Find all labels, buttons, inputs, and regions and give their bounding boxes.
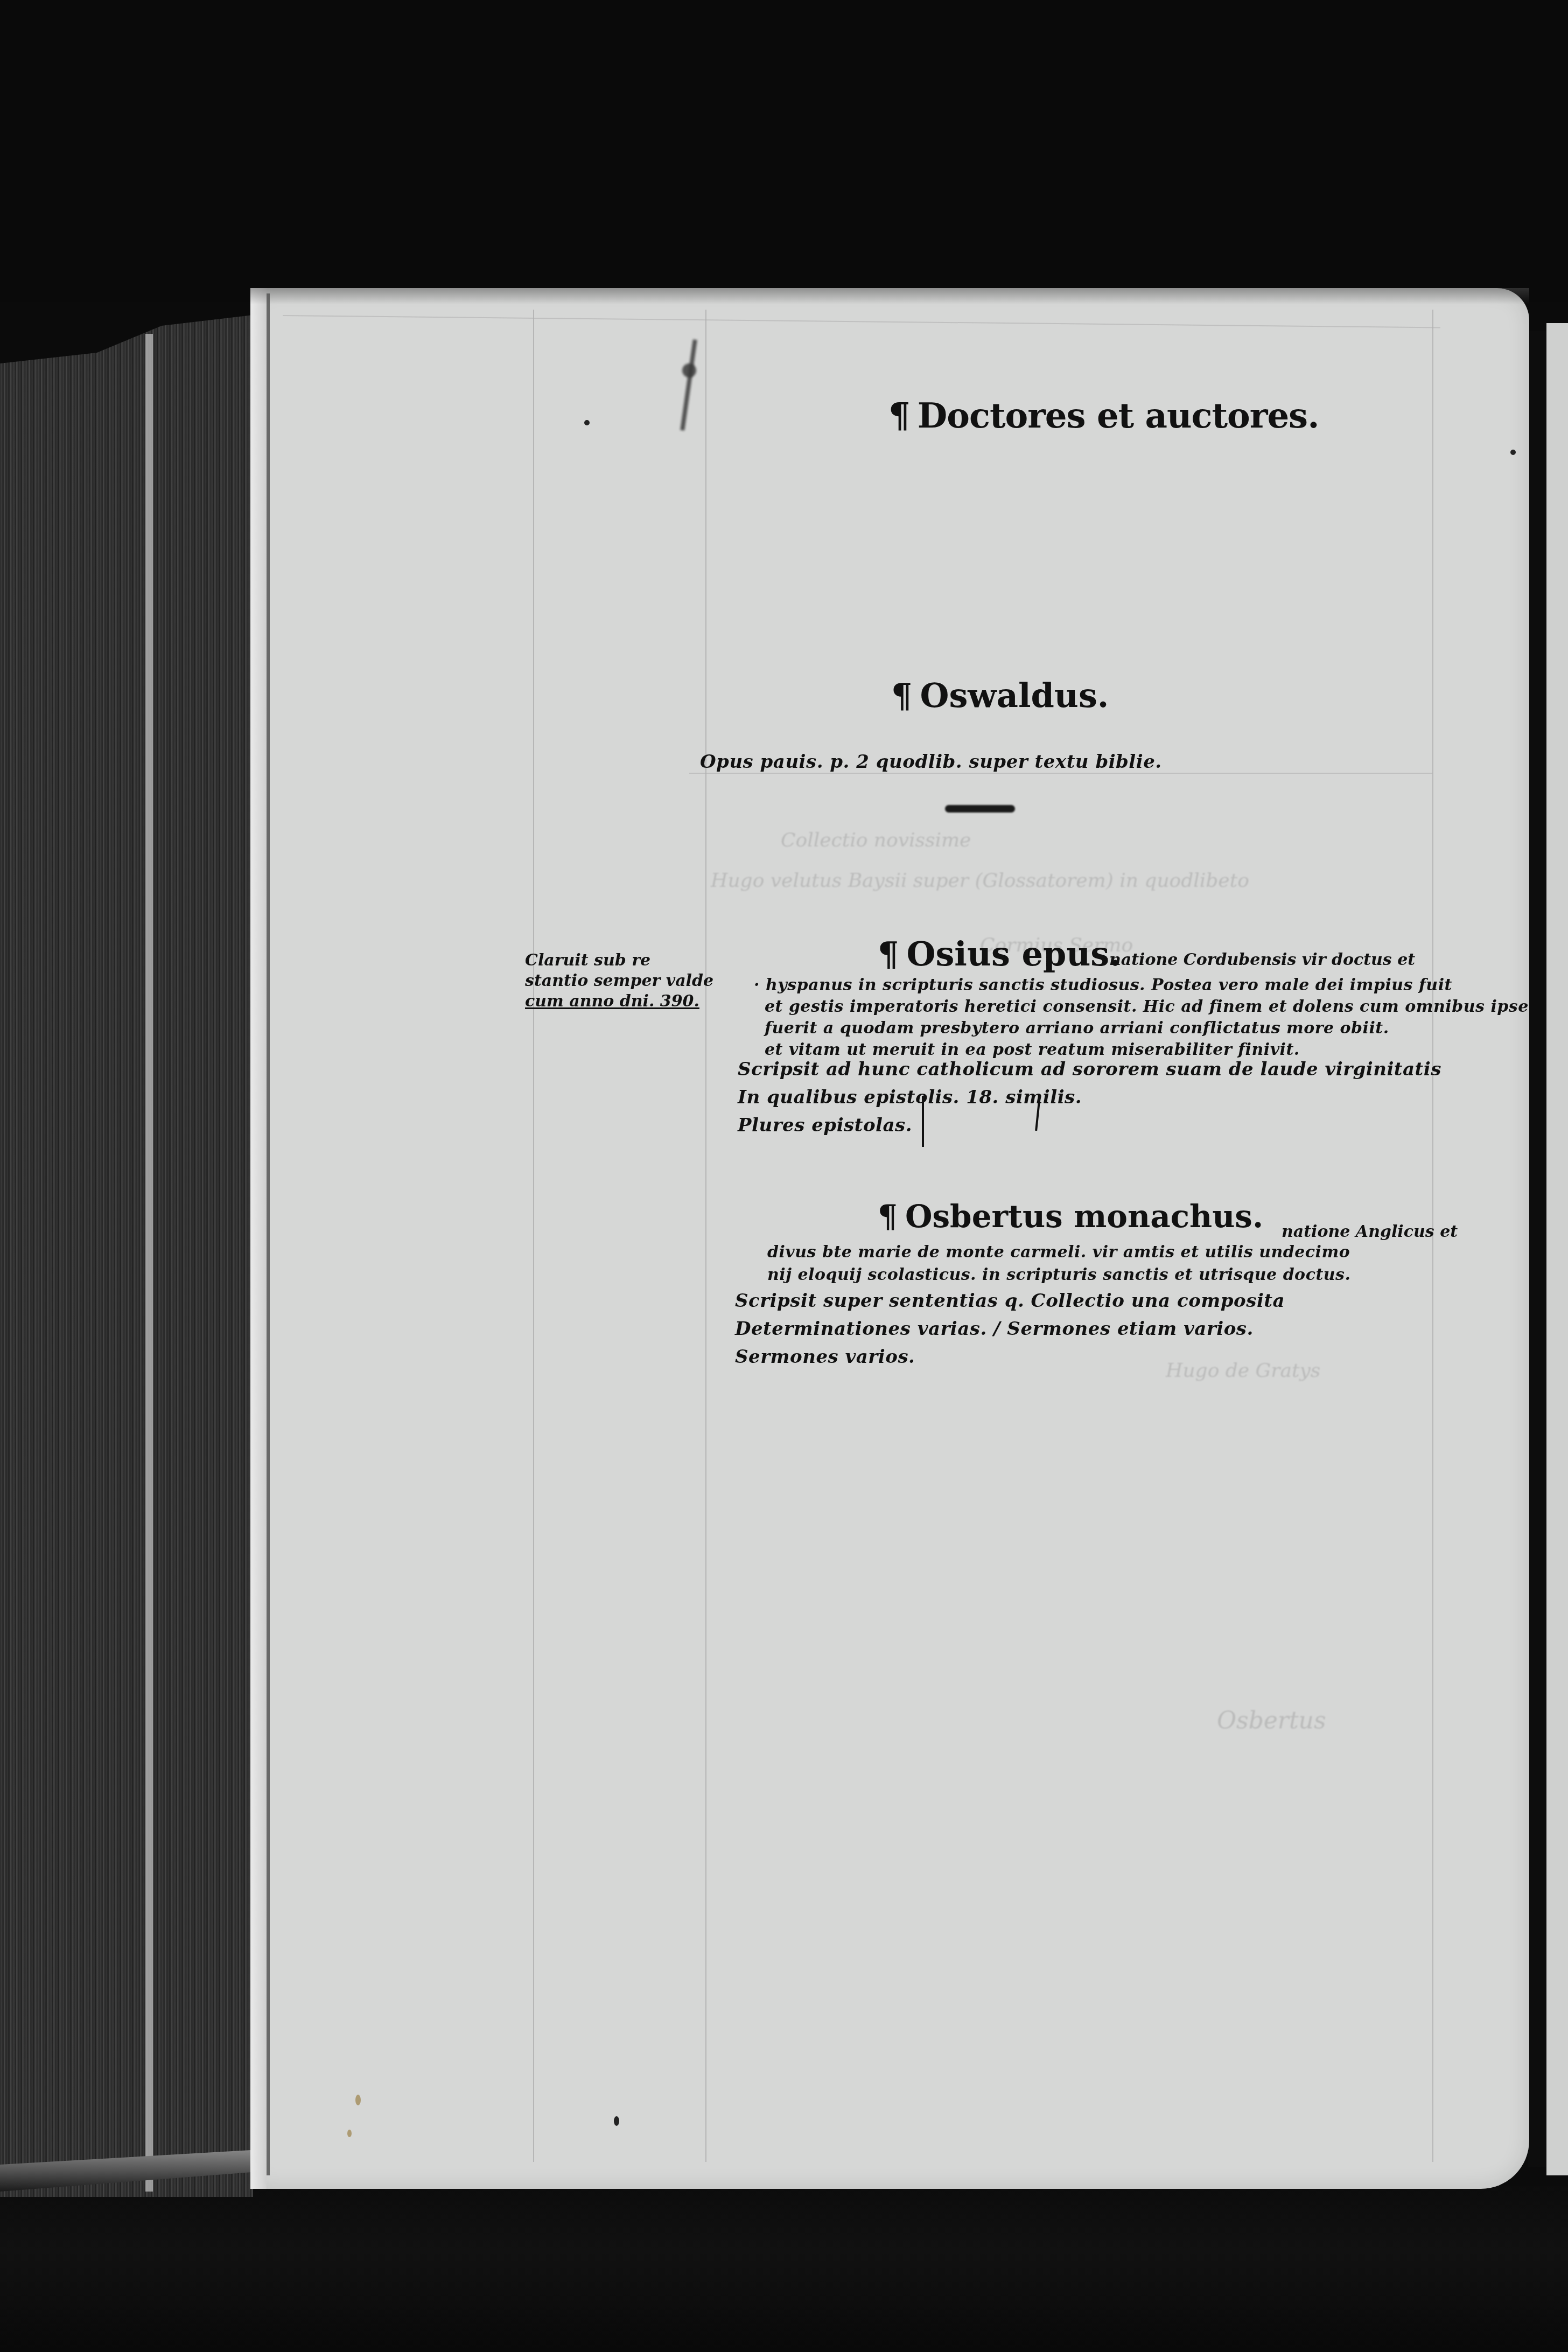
page-top-shadow — [250, 288, 1529, 304]
entry-works-list: Scripsit ad hunc catholicum ad sororem s… — [738, 1055, 1441, 1139]
dark-background-bottom — [0, 2186, 1568, 2352]
description-line: nij eloquij scolasticus. in scripturis s… — [767, 1264, 1350, 1286]
facing-page-sliver — [1546, 323, 1568, 2175]
ruling-line-vertical — [705, 310, 706, 2162]
page-gutter-shadow — [1528, 331, 1546, 2167]
ink-dash-mark — [945, 805, 1015, 813]
entry-work-line: Opus pauis. p. 2 quodlib. super textu bi… — [700, 751, 1162, 773]
work-line: Scripsit ad hunc catholicum ad sororem s… — [738, 1055, 1441, 1083]
ink-speck — [584, 420, 590, 425]
show-through-text: Osbertus — [1217, 1707, 1326, 1734]
entry-description: · hyspanus in scripturis sanctis studios… — [754, 975, 1529, 1061]
description-line: et gestis imperatoris heretici consensit… — [754, 996, 1529, 1018]
marginal-note-line: stantio semper valde — [525, 971, 713, 991]
paraph-mark: ¶ — [891, 676, 912, 715]
work-line: Scripsit super sententias q. Collectio u… — [735, 1287, 1285, 1315]
description-line: · hyspanus in scripturis sanctis studios… — [754, 975, 1529, 996]
ruling-line-horizontal — [283, 315, 1440, 328]
show-through-text: Collectio novissime — [781, 829, 971, 851]
ink-speck — [614, 2116, 619, 2126]
page-title: Doctores et auctores. — [918, 396, 1319, 436]
description-line: divus bte marie de monte carmeli. vir am… — [767, 1241, 1350, 1264]
marginal-note-line-dated: cum anno dni. 390. — [525, 991, 713, 1012]
page-inner-edge — [250, 288, 267, 2189]
entry-heading-oswaldus: ¶Oswaldus. — [891, 676, 1109, 715]
page-edge-line — [267, 293, 270, 2175]
show-through-text: Hugo velutus Baysii super (Glossatorem) … — [711, 870, 1249, 892]
page-header: ¶Doctores et auctores. — [888, 396, 1319, 436]
description-line: fuerit a quodam presbytero arriano arria… — [754, 1018, 1529, 1039]
bracket-mark — [922, 1096, 924, 1147]
paper-speck — [355, 2095, 361, 2105]
ink-crack-mark — [680, 339, 697, 430]
ink-speck — [1510, 450, 1516, 455]
entry-works-list: Scripsit super sententias q. Collectio u… — [735, 1287, 1285, 1371]
manuscript-photograph: Collectio novissime Hugo velutus Baysii … — [0, 0, 1568, 2352]
paraph-mark: ¶ — [878, 934, 899, 974]
ink-blot — [682, 363, 696, 377]
dark-background-top — [0, 0, 1568, 302]
work-line: In qualibus epistolis. 18. similis. — [738, 1083, 1441, 1111]
marginal-note-line: Claruit sub re — [525, 950, 713, 971]
entry-heading-osius: ¶Osius epus. — [878, 934, 1121, 974]
paper-speck — [347, 2130, 352, 2137]
entry-name: Osbertus monachus. — [905, 1198, 1263, 1235]
entry-name-continuation: natione Anglicus et — [1282, 1222, 1458, 1241]
entry-description: divus bte marie de monte carmeli. vir am… — [767, 1241, 1350, 1286]
paraph-mark: ¶ — [888, 396, 910, 436]
work-line: Determinationes varias. / Sermones etiam… — [735, 1315, 1285, 1343]
entry-name-continuation: natione Cordubensis vir doctus et — [1109, 950, 1415, 969]
book-block-highlight — [145, 334, 153, 2192]
entry-heading-osbertus: ¶Osbertus monachus. — [878, 1198, 1263, 1235]
entry-name: Oswaldus. — [920, 676, 1109, 715]
ruling-line-horizontal — [689, 773, 1432, 774]
marginal-note: Claruit sub re stantio semper valde cum … — [525, 950, 713, 1012]
work-line: Sermones varios. — [735, 1343, 1285, 1371]
entry-name: Osius epus. — [906, 934, 1121, 974]
paraph-mark: ¶ — [878, 1198, 898, 1235]
work-line: Plures epistolas. — [738, 1111, 1441, 1139]
ruling-line-vertical — [533, 310, 534, 2162]
book-block-fore-edge — [0, 315, 253, 2197]
